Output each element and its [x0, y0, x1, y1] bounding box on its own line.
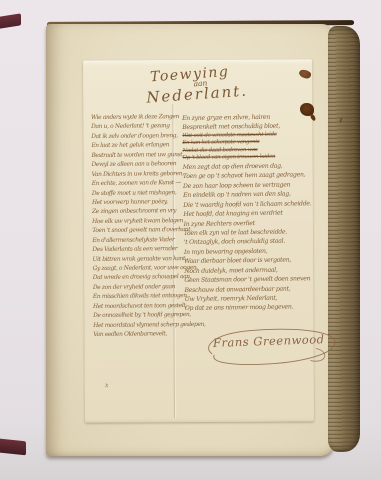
poem-line: Geen Staatsman door 't gewelt doen sneve… — [184, 274, 312, 285]
photograph-of-open-book: x Toewying aan Nederlant. Wie anders wyd… — [0, 0, 381, 480]
poem-line: Op dat ze ons nimmer moog begeven. — [185, 303, 313, 314]
poem-line: Toen ge op 't schavot hem zaagt gedragen… — [183, 171, 311, 182]
poem-line: Van eedlen Oldenbarnevelt, — [93, 330, 205, 341]
signature-block: Frans Greenwood — [197, 322, 341, 375]
book-cover-corner-top — [0, 13, 21, 28]
book-cover-corner-bottom — [0, 439, 26, 456]
page-fore-edge — [328, 26, 360, 452]
poem-column-right: En zyne gryze en zilvre, hairenBesprenke… — [182, 112, 313, 314]
